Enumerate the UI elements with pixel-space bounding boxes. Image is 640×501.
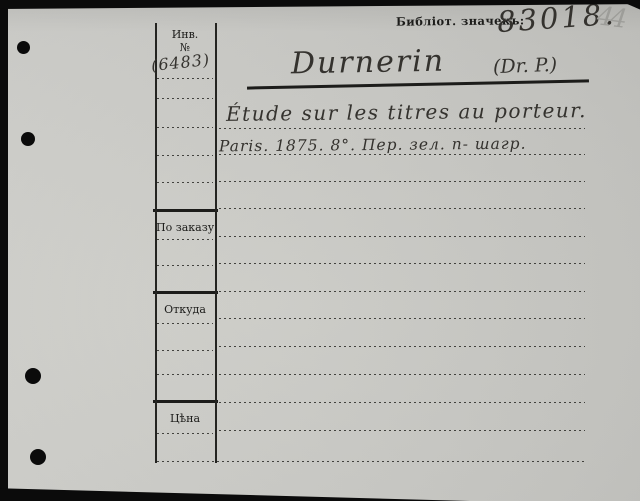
scanned-catalog-card: Библіот. значекъ: 83018. 44 Инв. № (6483… — [0, 0, 640, 501]
imprint-line: Paris. 1875. 8°. Пер. зел. п- шагр. — [219, 135, 527, 156]
dotted-rule-line — [157, 239, 213, 240]
pencil-corner-note: 44 — [595, 1, 626, 34]
dotted-rule-line — [157, 433, 213, 434]
dotted-rule-line — [219, 263, 585, 264]
inventory-label-line1: Инв. — [156, 29, 214, 42]
punch-hole — [25, 368, 41, 384]
dotted-rule-line — [157, 350, 213, 351]
section-divider-line — [153, 291, 218, 294]
dotted-rule-line — [219, 430, 585, 431]
section-label-otkuda: Откуда — [156, 303, 214, 316]
dotted-rule-line — [157, 265, 213, 266]
section-label-po-zakazu: По заказу — [156, 221, 214, 234]
punch-hole — [21, 132, 35, 146]
dotted-rule-line — [219, 374, 585, 375]
dotted-rule-line — [157, 323, 213, 324]
punch-hole — [17, 41, 30, 54]
dotted-rule-line — [219, 181, 585, 182]
dotted-rule-line — [219, 318, 585, 319]
author-suffix: (Dr. P.) — [493, 54, 558, 78]
dotted-rule-line — [219, 346, 585, 347]
punch-hole — [30, 449, 46, 465]
dotted-rule-line — [157, 78, 213, 79]
section-divider-line — [153, 400, 218, 403]
author-name: Durnerin — [291, 44, 446, 82]
dotted-rule-line — [219, 128, 585, 129]
dotted-rule-line — [219, 291, 585, 292]
section-divider-line — [153, 209, 218, 212]
dotted-rule-line — [157, 155, 213, 156]
column-rule-line — [155, 23, 157, 463]
dotted-rule-line — [219, 402, 585, 403]
dotted-rule-line — [157, 461, 585, 462]
dotted-rule-line — [219, 208, 585, 209]
dotted-rule-line — [219, 236, 585, 237]
column-rule-line — [215, 23, 217, 463]
dotted-rule-line — [157, 374, 213, 375]
dotted-rule-line — [157, 182, 213, 183]
dotted-rule-line — [157, 127, 213, 128]
work-title: Étude sur les titres au porteur. — [226, 98, 587, 126]
dotted-rule-line — [157, 98, 213, 99]
section-label-tsena: Цѣна — [156, 412, 214, 425]
